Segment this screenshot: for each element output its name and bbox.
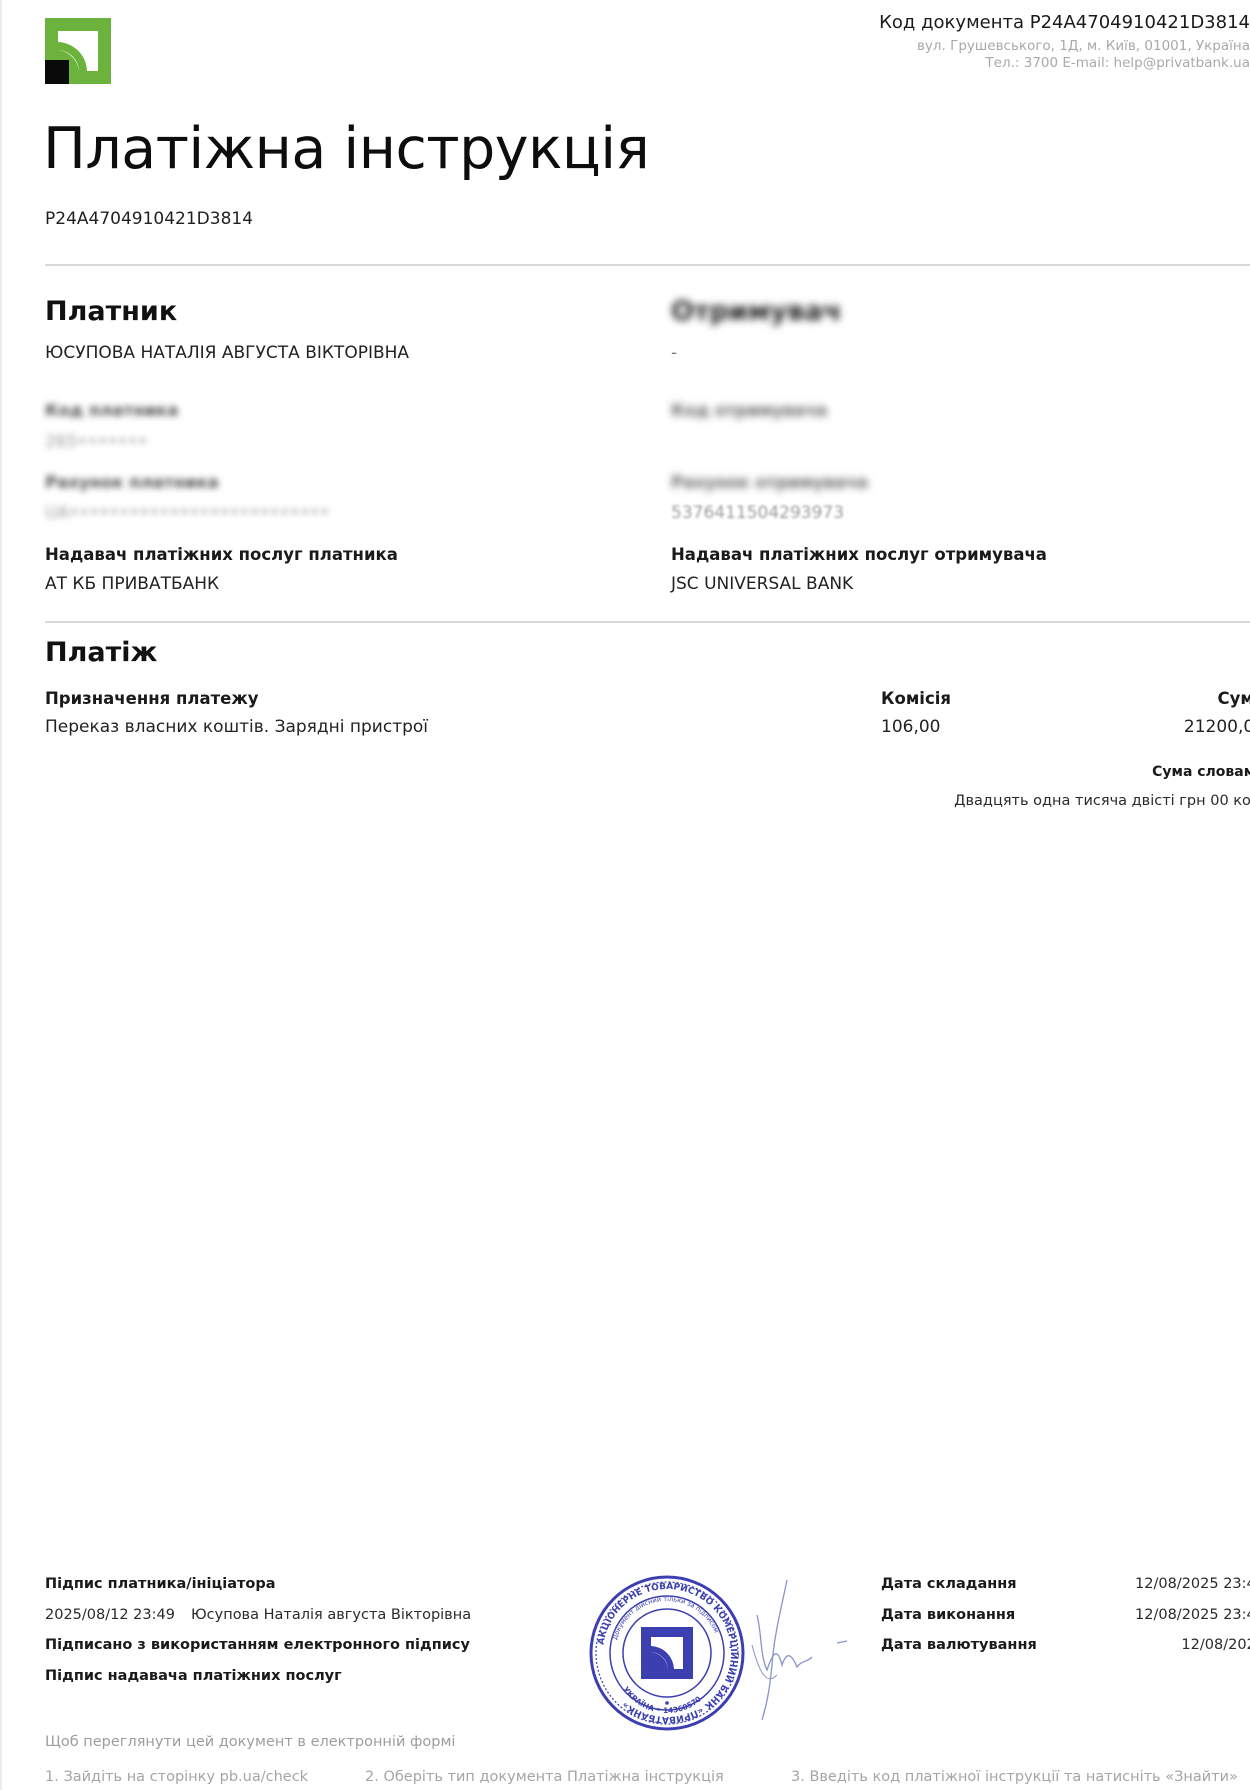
payer-code-label: Код платника bbox=[45, 401, 178, 420]
commission-label: Комісія bbox=[881, 689, 951, 708]
electronic-signature-label: Підписано з використанням електронного п… bbox=[45, 1637, 470, 1653]
amount-words-label: Сума словами bbox=[1152, 764, 1250, 780]
payer-signature-datetime: 2025/08/12 23:49 bbox=[45, 1607, 175, 1623]
payment-instruction-document: Код документа P24A4704910421D3814 вул. Г… bbox=[0, 0, 1250, 1790]
handwritten-signature-icon bbox=[732, 1575, 852, 1725]
commission-value: 106,00 bbox=[881, 717, 940, 737]
document-code: Код документа P24A4704910421D3814 bbox=[879, 12, 1250, 33]
footer-step-1: 1. Зайдіть на сторінку pb.ua/check bbox=[45, 1769, 308, 1785]
payer-heading: Платник bbox=[45, 296, 177, 327]
amount-words-value: Двадцять одна тисяча двісті грн 00 коп. bbox=[954, 793, 1250, 809]
payer-code-value: 265••••••• bbox=[45, 432, 148, 452]
recipient-provider-value: JSC UNIVERSAL BANK bbox=[671, 574, 853, 594]
bank-phone-email: Тел.: 3700 E-mail: help@privatbank.ua bbox=[917, 55, 1250, 72]
recipient-provider-label: Надавач платіжних послуг отримувача bbox=[671, 545, 1047, 564]
date-compiled-value: 12/08/2025 23:49 bbox=[1135, 1576, 1250, 1592]
provider-signature-label: Підпис надавача платіжних послуг bbox=[45, 1668, 342, 1684]
recipient-heading: Отримувач bbox=[671, 296, 841, 327]
date-value-value: 12/08/2025 bbox=[1181, 1637, 1250, 1653]
payer-name: ЮСУПОВА НАТАЛІЯ АВГУСТА ВІКТОРІВНА bbox=[45, 343, 409, 363]
payer-account-label: Рахунок платника bbox=[45, 473, 219, 492]
payer-provider-label: Надавач платіжних послуг платника bbox=[45, 545, 398, 564]
footer-step-2: 2. Оберіть тип документа Платіжна інстру… bbox=[365, 1769, 724, 1785]
page-title: Платіжна інструкція bbox=[43, 116, 649, 182]
payment-heading: Платіж bbox=[45, 637, 157, 668]
recipient-account-value: 5376411504293973 bbox=[671, 503, 844, 523]
payer-account-value: UA•••••••••••••••••••••••••• bbox=[45, 503, 330, 523]
purpose-value: Переказ власних коштів. Зарядні пристрої bbox=[45, 717, 428, 737]
bank-address: вул. Грушевського, 1Д, м. Київ, 01001, У… bbox=[917, 38, 1250, 55]
bank-contacts: вул. Грушевського, 1Д, м. Київ, 01001, У… bbox=[917, 38, 1250, 72]
date-executed-label: Дата виконання bbox=[881, 1607, 1015, 1623]
privatbank-logo-icon bbox=[45, 18, 111, 84]
bank-stamp-icon: АКЦІОНЕРНЕ ТОВАРИСТВО КОМЕРЦІЙНИЙ БАНК «… bbox=[587, 1573, 747, 1733]
footer-heading: Щоб переглянути цей документ в електронн… bbox=[45, 1734, 455, 1750]
recipient-account-label: Рахунок отримувача bbox=[671, 473, 868, 492]
document-id: P24A4704910421D3814 bbox=[45, 209, 253, 229]
amount-value: 21200,00 bbox=[1184, 717, 1250, 737]
footer-step-3: 3. Введіть код платіжної інструкції та н… bbox=[791, 1769, 1238, 1785]
purpose-label: Призначення платежу bbox=[45, 689, 259, 708]
payer-signature-label: Підпис платника/ініціатора bbox=[45, 1576, 276, 1592]
date-compiled-label: Дата складання bbox=[881, 1576, 1017, 1592]
amount-label: Сума bbox=[1218, 689, 1250, 708]
divider bbox=[45, 264, 1250, 266]
recipient-name: - bbox=[671, 343, 677, 363]
date-executed-value: 12/08/2025 23:49 bbox=[1135, 1607, 1250, 1623]
divider bbox=[45, 621, 1250, 623]
payer-provider-value: АТ КБ ПРИВАТБАНК bbox=[45, 574, 219, 594]
date-value-label: Дата валютування bbox=[881, 1637, 1037, 1653]
recipient-code-label: Код отримувача bbox=[671, 401, 827, 420]
payer-signature-name: Юсупова Наталія августа Вікторівна bbox=[191, 1607, 471, 1623]
